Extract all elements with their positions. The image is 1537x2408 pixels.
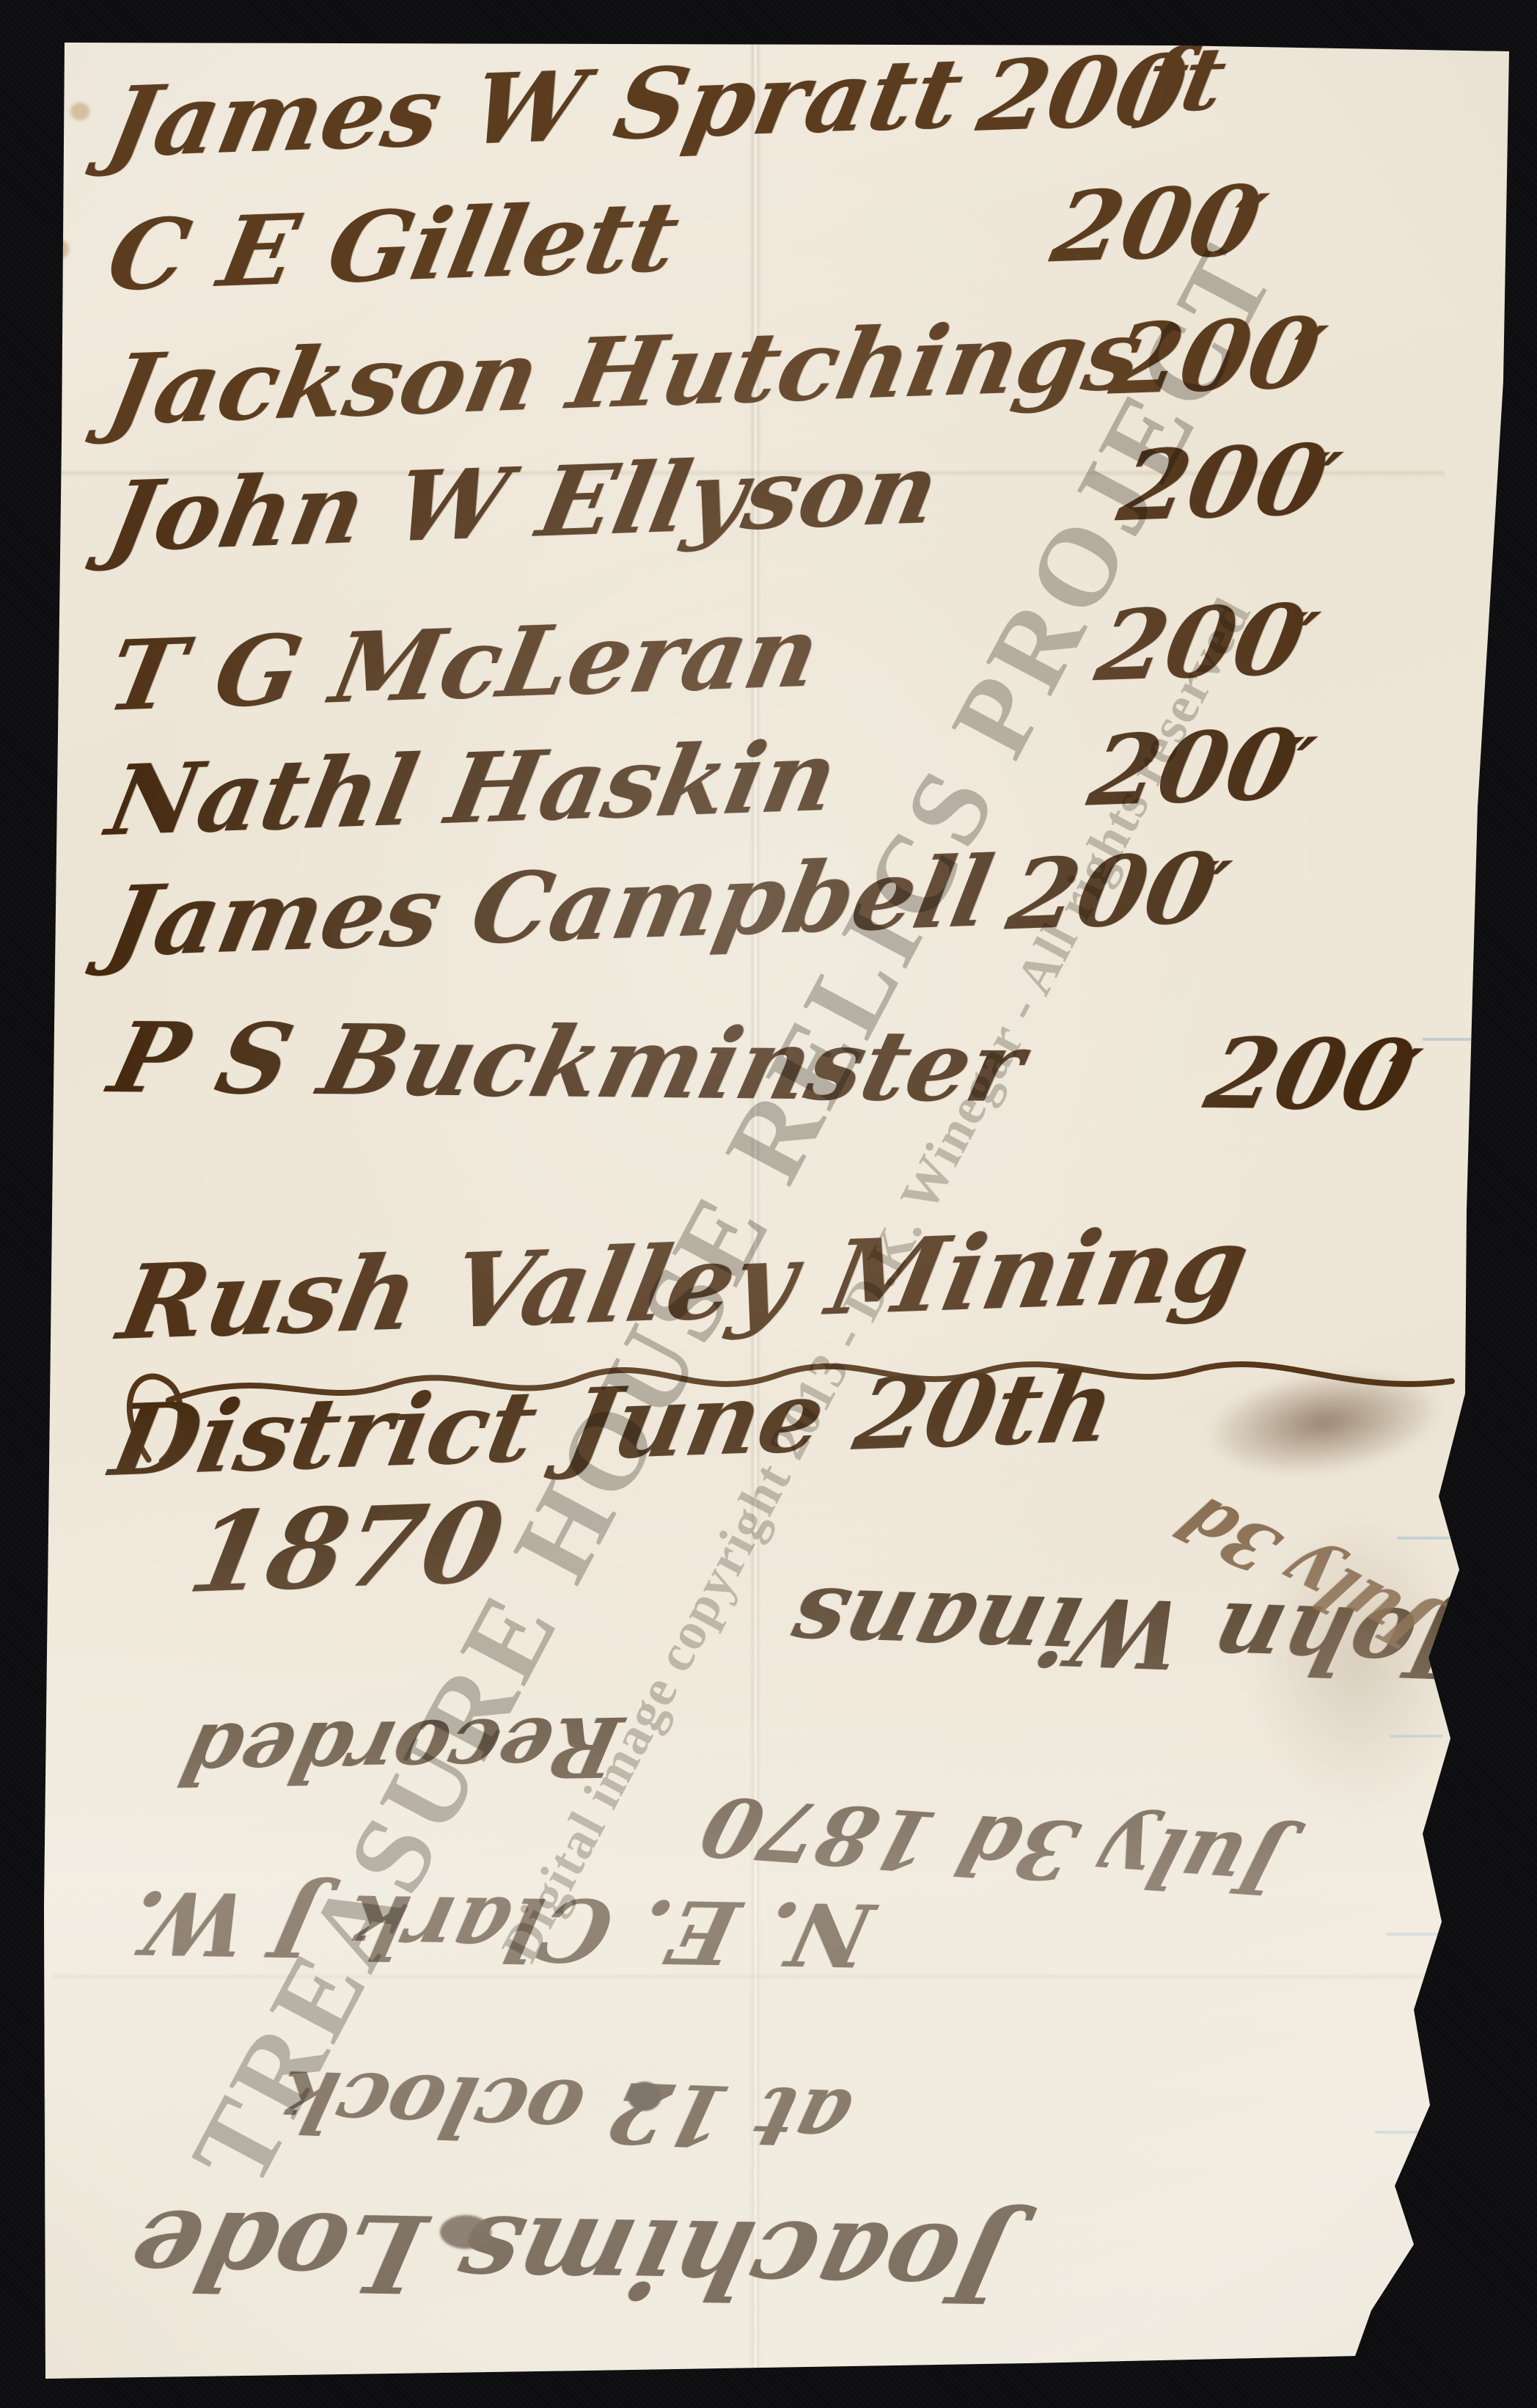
scan-edge-artifact xyxy=(42,2098,45,2354)
docket-name-line: N. E. Clark J W. xyxy=(120,1871,882,1986)
claimant-name: P S Buckminster xyxy=(100,1001,1035,1124)
entry-row: Jackson Hutchings 200 ″ xyxy=(95,334,121,466)
entry-row: Nathl Haskin 200 ″ xyxy=(95,744,121,877)
docket-lode-name: Joachims Lode xyxy=(117,2186,1021,2326)
entry-row: James Campbell 200 ″ xyxy=(95,866,121,998)
claimant-name: C E Gillett xyxy=(99,180,688,313)
entry-row: P S Buckminster 200 ″ xyxy=(95,1001,127,1133)
entry-row: C E Gillett 200 ″ xyxy=(95,200,121,332)
entry-row: T G McLeran 200 ″ xyxy=(95,620,121,752)
claimant-name: Jackson Hutchings xyxy=(99,298,1152,447)
paper-sheet: James W Spratt 200 ft C E Gillett 200 ″ … xyxy=(0,0,1537,2408)
claimant-name: James W Spratt xyxy=(99,37,972,180)
claimant-name: James Campbell xyxy=(99,835,1001,979)
claim-amount: 200 xyxy=(1088,583,1314,704)
claim-amount: 200 xyxy=(999,832,1225,953)
claim-unit: ft xyxy=(1135,28,1233,133)
blue-ruling-mark xyxy=(1423,1038,1475,1041)
scanned-document: James W Spratt 200 ft C E Gillett 200 ″ … xyxy=(0,0,1537,2408)
blue-ruling-mark xyxy=(1375,2131,1428,2134)
docket-time-line: at 12 oclock xyxy=(267,2052,861,2169)
claimant-name: John W Ellyson xyxy=(99,432,947,574)
blue-ruling-mark xyxy=(1386,1933,1439,1936)
blue-ruling-mark xyxy=(1397,1537,1450,1540)
year-line: 1870 xyxy=(180,1479,513,1618)
claim-amount: 200 xyxy=(1110,423,1336,544)
claim-amount: 200 xyxy=(1081,708,1307,829)
entry-row: James W Spratt 200 ft xyxy=(95,66,121,198)
foxing-spot xyxy=(70,103,89,120)
claimant-name: Nathl Haskin xyxy=(99,720,846,858)
foxing-spot xyxy=(43,238,69,260)
claimant-name: T G McLeran xyxy=(99,596,829,733)
blue-ruling-mark xyxy=(1390,1735,1442,1738)
docket-recorded-word: Recorded xyxy=(172,1698,630,1802)
entry-row: John W Ellyson 200 ″ xyxy=(95,461,121,593)
